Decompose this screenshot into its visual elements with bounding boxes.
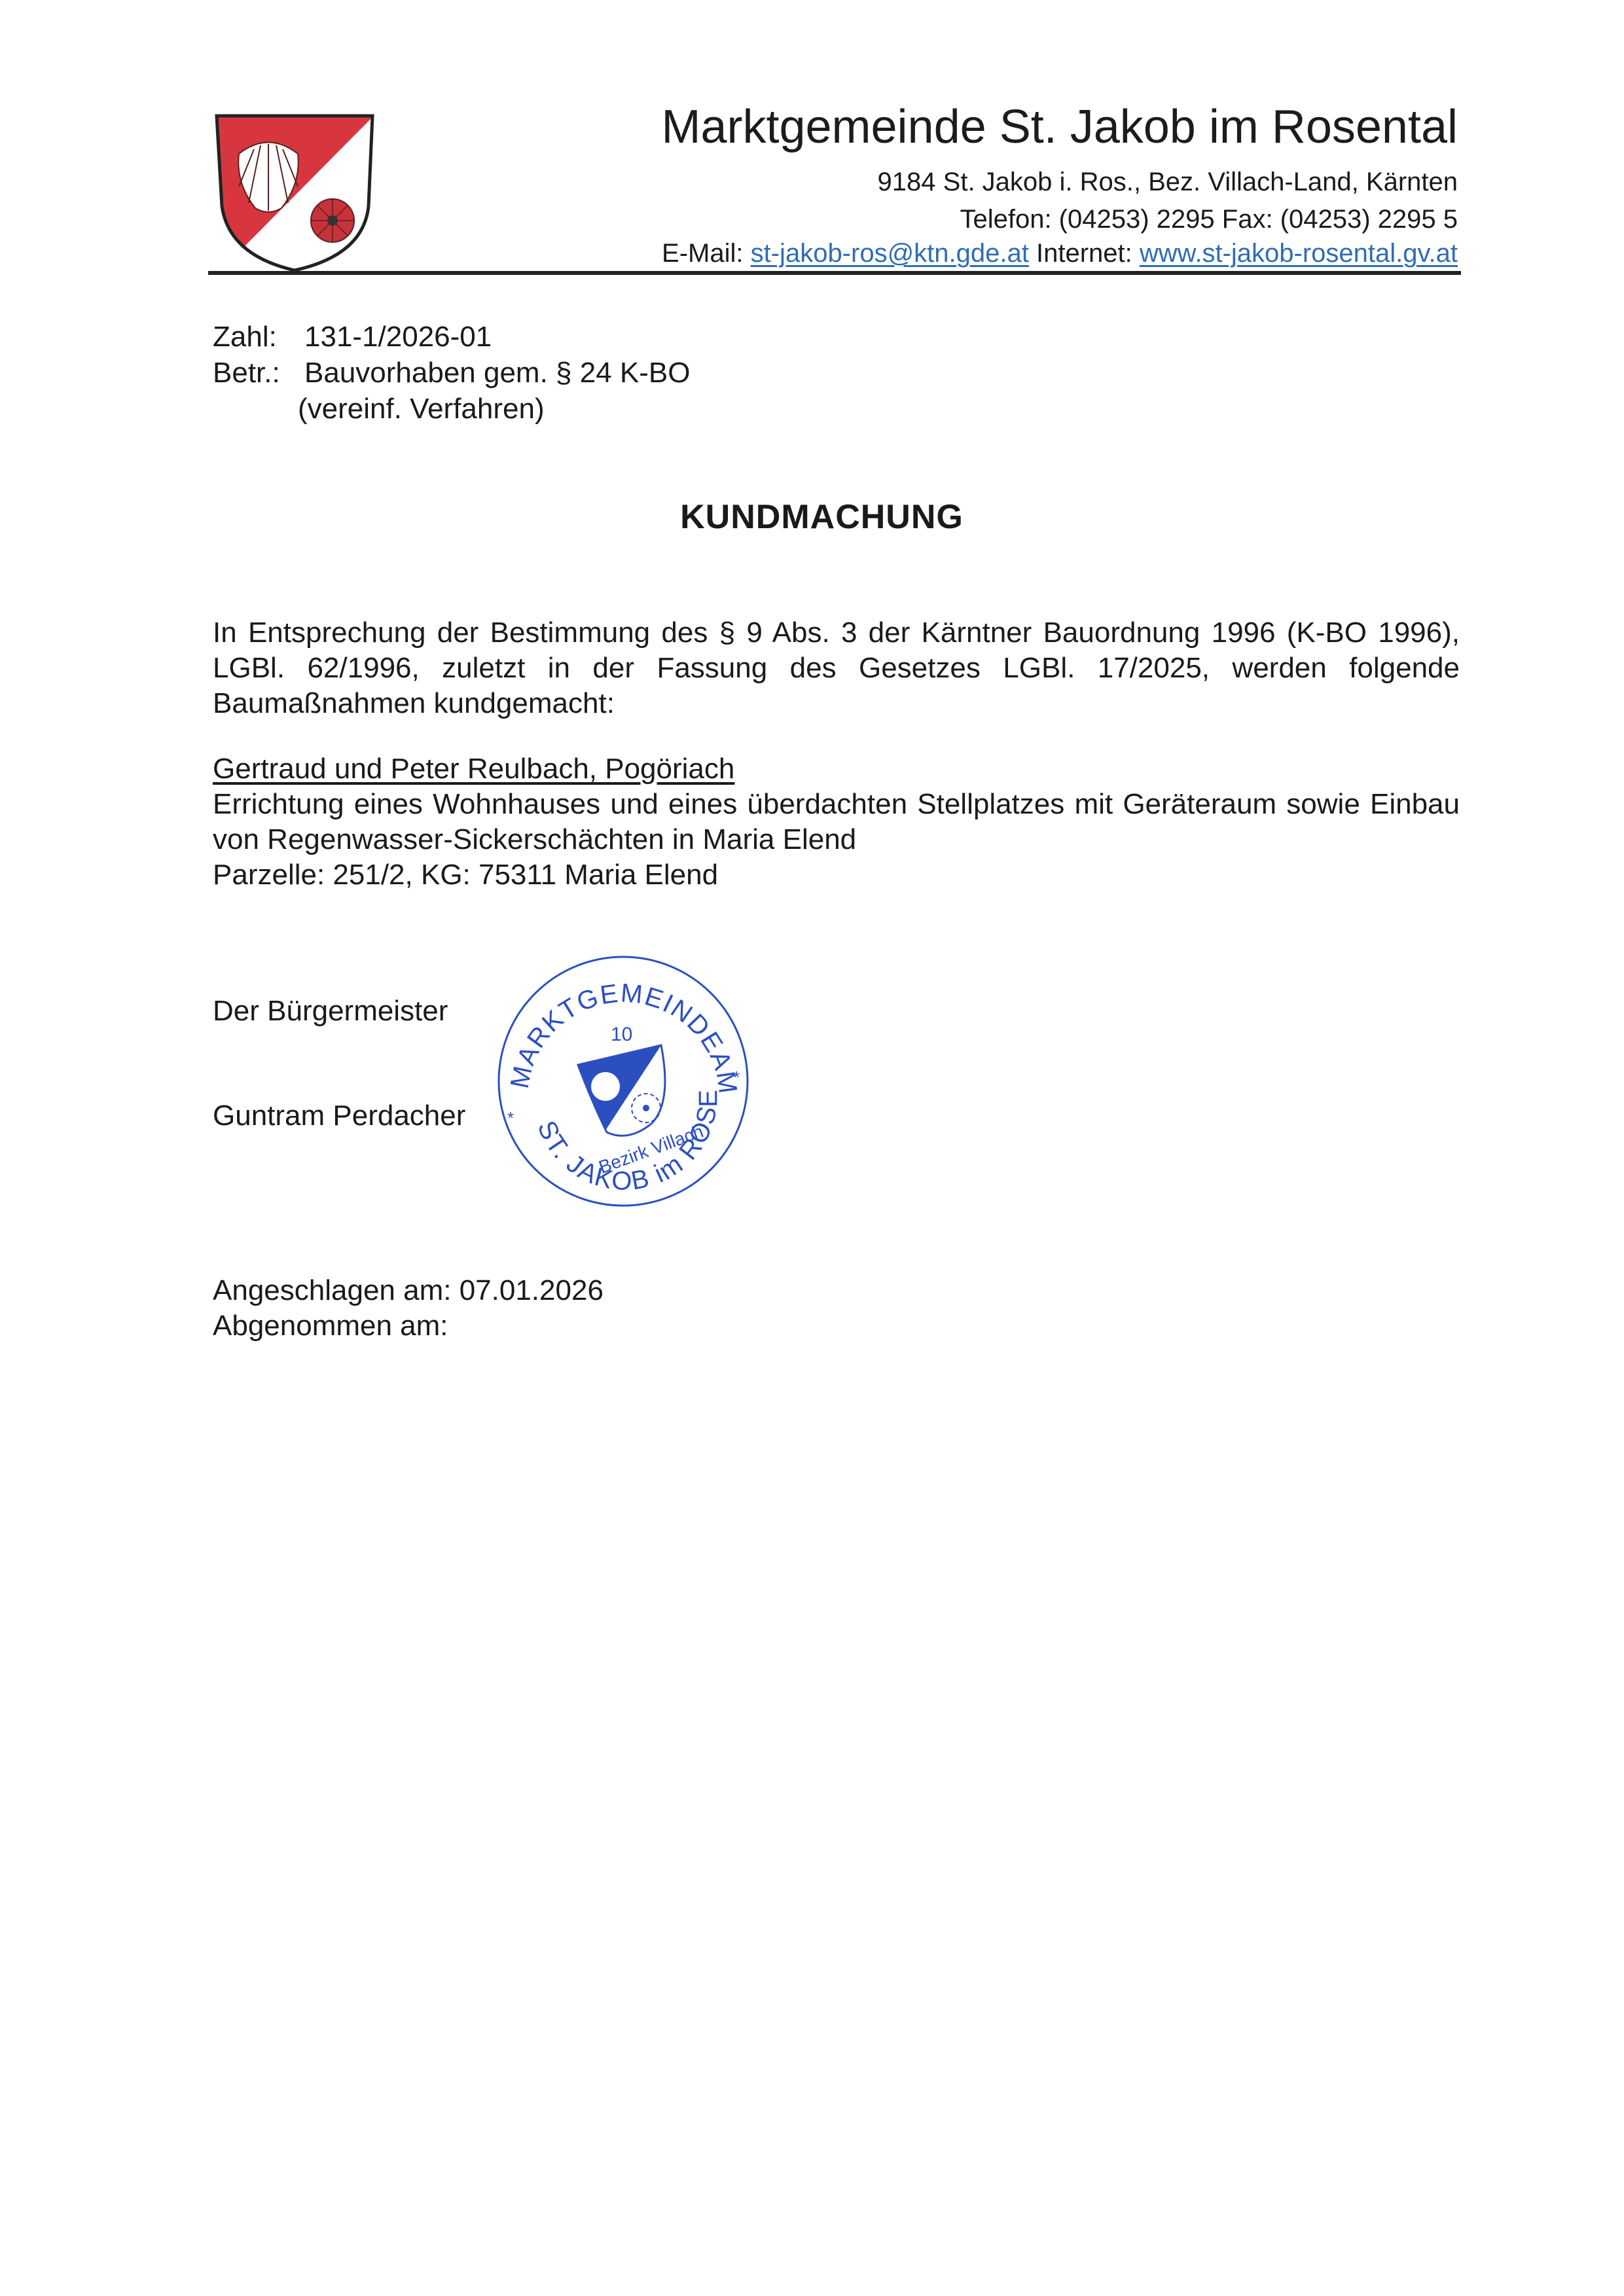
stamp-seal-icon: MARKTGEMEINDEAMT ST. JAKOB im ROSENTAL 1…: [494, 952, 753, 1211]
signatory-title: Der Bürgermeister: [213, 995, 448, 1028]
betr-label: Betr.:: [213, 355, 304, 391]
applicant-name: Gertraud und Peter Reulbach, Pogöriach: [213, 753, 734, 785]
zahl-value: 131-1/2026-01: [304, 319, 492, 355]
betr-value-continued: (vereinf. Verfahren): [213, 391, 690, 427]
organization-phone-fax: Telefon: (04253) 2295 Fax: (04253) 2295 …: [960, 206, 1458, 232]
project-description: Errichtung eines Wohnhauses und eines üb…: [213, 787, 1460, 857]
svg-text:*: *: [507, 1108, 514, 1128]
intro-paragraph: In Entsprechung der Bestimmung des § 9 A…: [213, 615, 1460, 721]
svg-text:*: *: [733, 1067, 740, 1087]
betr-value: Bauvorhaben gem. § 24 K-BO: [304, 355, 690, 391]
stamp-number: 10: [611, 1024, 632, 1045]
website-link[interactable]: www.st-jakob-rosental.gv.at: [1140, 239, 1458, 268]
official-stamp: MARKTGEMEINDEAMT ST. JAKOB im ROSENTAL 1…: [494, 952, 753, 1211]
coat-of-arms-icon: [213, 108, 376, 275]
project-block: Gertraud und Peter Reulbach, Pogöriach E…: [213, 751, 1460, 893]
internet-label: Internet:: [1036, 239, 1132, 268]
signatory-name: Guntram Perdacher: [213, 1100, 465, 1132]
coat-of-arms-logo: [213, 108, 376, 275]
posted-date: 07.01.2026: [460, 1274, 604, 1306]
zahl-label: Zahl:: [213, 319, 304, 355]
email-label: E-Mail:: [662, 239, 743, 268]
posting-block: Angeschlagen am: 07.01.2026 Abgenommen a…: [213, 1273, 604, 1344]
posted-label: Angeschlagen am:: [213, 1274, 451, 1306]
organization-address: 9184 St. Jakob i. Ros., Bez. Villach-Lan…: [878, 169, 1458, 195]
organization-name: Marktgemeinde St. Jakob im Rosental: [661, 103, 1458, 151]
header-divider: [208, 271, 1461, 275]
document-title: KUNDMACHUNG: [0, 497, 1624, 537]
removed-label: Abgenommen am:: [213, 1310, 448, 1342]
contact-line: E-Mail: st-jakob-ros@ktn.gde.at Internet…: [662, 240, 1458, 266]
parcel-info: Parzelle: 251/2, KG: 75311 Maria Elend: [213, 857, 1460, 893]
reference-block: Zahl: 131-1/2026-01 Betr.: Bauvorhaben g…: [213, 319, 690, 427]
email-link[interactable]: st-jakob-ros@ktn.gde.at: [751, 239, 1029, 268]
